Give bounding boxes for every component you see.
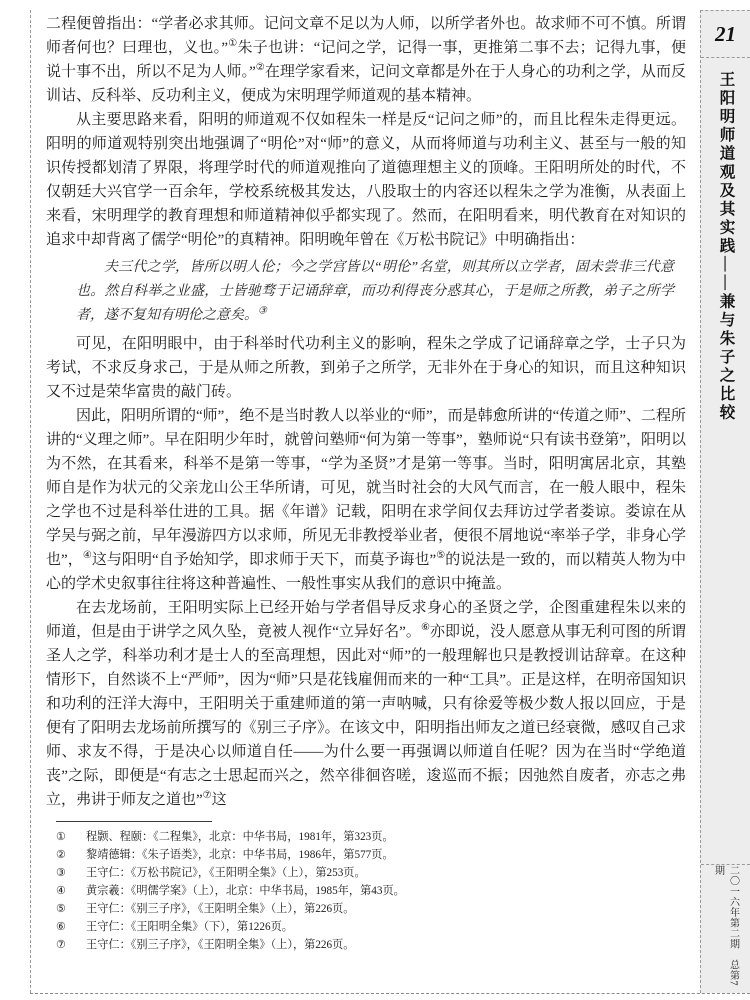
footnote-item: ⑦ 王守仁：《别三子序》，《王阳明全集》（上），第226页。 [46, 936, 686, 954]
footnote-item: ⑤ 王守仁：《别三子序》，《王阳明全集》（上），第226页。 [46, 900, 686, 918]
footnote-reference: ③ [258, 305, 267, 316]
footnotes-section: ① 程颢、程颐：《二程集》，北京：中华书局，1981年，第323页。 ② 黎靖德… [46, 821, 686, 954]
article-body: 二程便曾指出：“学者必求其师。记问文章不足以为人师，以所学者外也。故求师不可不慎… [46, 12, 686, 954]
page-frame-left-rule [30, 10, 31, 993]
footnote-text: 黎靖德辑：《朱子语类》，北京：中华书局，1986年，第577页。 [86, 846, 686, 864]
footnote-reference: ⑤ [436, 550, 445, 561]
footnote-separator [56, 821, 212, 822]
footnote-marker: ② [46, 846, 86, 864]
footnote-text: 程颢、程颐：《二程集》，北京：中华书局，1981年，第323页。 [86, 828, 686, 846]
paragraph: 从主要思路来看，阳明的师道观不仅如程朱一样是反“记问之师”的，而且比程朱走得更远… [46, 108, 686, 252]
journal-page: { "page_number": "21", "sidebar": { "tit… [0, 0, 750, 1000]
footnote-item: ⑥ 王守仁：《王阳明全集》（下），第1226页。 [46, 918, 686, 936]
page-frame-bottom-rule [30, 993, 750, 994]
paragraph-continued: 二程便曾指出：“学者必求其师。记问文章不足以为人师，以所学者外也。故求师不可不慎… [46, 12, 686, 108]
article-title-vertical: 王阳明师道观及其实践——兼与朱子之比较 [715, 58, 737, 864]
footnote-item: ① 程颢、程颐：《二程集》，北京：中华书局，1981年，第323页。 [46, 828, 686, 846]
footnote-marker: ⑥ [46, 918, 86, 936]
footnote-marker: ① [46, 828, 86, 846]
footnote-marker: ③ [46, 864, 86, 882]
footnote-reference: ② [256, 62, 265, 73]
journal-sidebar: 21 王阳明师道观及其实践——兼与朱子之比较 二〇一六年第二期 总第7期 [700, 10, 750, 993]
block-quote: 夫三代之学，皆所以明人伦；今之学宫皆以“明伦”名堂，则其所以立学者，固未尝非三代… [76, 256, 674, 328]
journal-issue-info: 二〇一六年第二期 总第7期 [701, 864, 750, 993]
footnote-item: ② 黎靖德辑：《朱子语类》，北京：中华书局，1986年，第577页。 [46, 846, 686, 864]
footnote-reference: ④ [83, 550, 92, 561]
footnote-text: 王守仁：《别三子序》，《王阳明全集》（上），第226页。 [86, 900, 686, 918]
footnote-text: 王守仁：《别三子序》，《王阳明全集》（上），第226页。 [86, 936, 686, 954]
footnote-text: 王守仁：《王阳明全集》（下），第1226页。 [86, 918, 686, 936]
footnote-marker: ④ [46, 882, 86, 900]
paragraph: 可见，在阳明眼中，由于科举时代功利主义的影响，程朱之学成了记诵辞章之学，士子只为… [46, 332, 686, 404]
page-number: 21 [701, 11, 750, 58]
journal-issue-text: 二〇一六年第二期 总第7期 [711, 865, 741, 993]
footnote-text: 王守仁：《万松书院记》，《王阳明全集》（上），第253页。 [86, 864, 686, 882]
footnote-item: ③ 王守仁：《万松书院记》，《王阳明全集》（上），第253页。 [46, 864, 686, 882]
footnote-marker: ⑦ [46, 936, 86, 954]
footnote-marker: ⑤ [46, 900, 86, 918]
footnote-reference: ⑦ [203, 790, 212, 801]
footnote-text: 黄宗羲：《明儒学案》（上），北京：中华书局，1985年，第43页。 [86, 882, 686, 900]
footnote-item: ④ 黄宗羲：《明儒学案》（上），北京：中华书局，1985年，第43页。 [46, 882, 686, 900]
footnote-reference: ⑥ [421, 622, 430, 633]
paragraph: 在去龙场前，王阳明实际上已经开始与学者倡导反求身心的圣贤之学，企图重建程朱以来的… [46, 596, 686, 812]
article-title-wrap: 王阳明师道观及其实践——兼与朱子之比较 [701, 58, 750, 864]
paragraph: 因此，阳明所谓的“师”，绝不是当时教人以举业的“师”，而是韩愈所讲的“传道之师”… [46, 404, 686, 596]
